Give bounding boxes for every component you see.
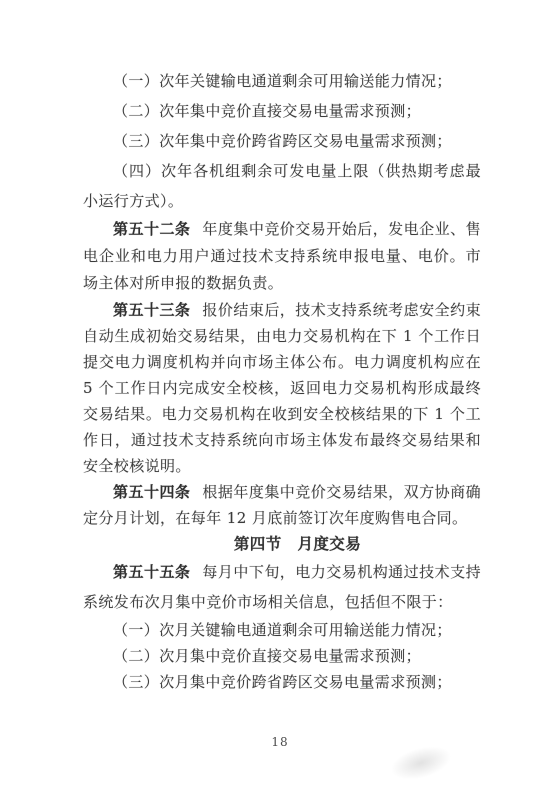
list-item-year-3: （三）次年集中竞价跨省跨区交易电量需求预测； — [83, 126, 481, 156]
article-53-number: 第五十三条 — [113, 301, 190, 319]
list-item-month-3: （三）次月集中竞价跨省跨区交易电量需求预测； — [83, 669, 481, 695]
article-53-text: 报价结束后，技术支持系统考虑安全约束自动生成初始交易结果，由电力交易机构在下 1… — [83, 301, 481, 475]
list-item-month-1: （一）次月关键输电通道剩余可用输送能力情况； — [83, 617, 481, 643]
list-item-year-1: （一）次年关键输电通道剩余可用输送能力情况； — [83, 66, 481, 96]
list-item-year-2: （二）次年集中竞价直接交易电量需求预测； — [83, 96, 481, 126]
document-content: （一）次年关键输电通道剩余可用输送能力情况； （二）次年集中竞价直接交易电量需求… — [83, 66, 481, 695]
article-54: 第五十四条根据年度集中竞价交易结果，双方协商确定分月计划，在每年 12 月底前签… — [83, 479, 481, 531]
article-52: 第五十二条年度集中竞价交易开始后，发电企业、售电企业和电力用户通过技术支持系统申… — [83, 216, 481, 297]
article-54-number: 第五十四条 — [113, 483, 190, 501]
page-number: 18 — [0, 735, 560, 749]
article-55-number: 第五十五条 — [113, 563, 190, 581]
list-item-year-4: （四）次年各机组剩余可发电量上限（供热期考虑最小运行方式）。 — [83, 156, 481, 216]
year-info-list: （一）次年关键输电通道剩余可用输送能力情况； （二）次年集中竞价直接交易电量需求… — [83, 66, 481, 216]
month-info-list: （一）次月关键输电通道剩余可用输送能力情况； （二）次月集中竞价直接交易电量需求… — [83, 617, 481, 695]
list-item-month-2: （二）次月集中竞价直接交易电量需求预测； — [83, 643, 481, 669]
section-heading: 第四节 月度交易 — [83, 531, 481, 557]
article-55: 第五十五条每月中下旬，电力交易机构通过技术支持系统发布次月集中竞价市场相关信息，… — [83, 557, 481, 617]
article-53: 第五十三条报价结束后，技术支持系统考虑安全约束自动生成初始交易结果，由电力交易机… — [83, 297, 481, 479]
article-52-number: 第五十二条 — [113, 220, 190, 238]
document-page: （一）次年关键输电通道剩余可用输送能力情况； （二）次年集中竞价直接交易电量需求… — [0, 0, 560, 791]
